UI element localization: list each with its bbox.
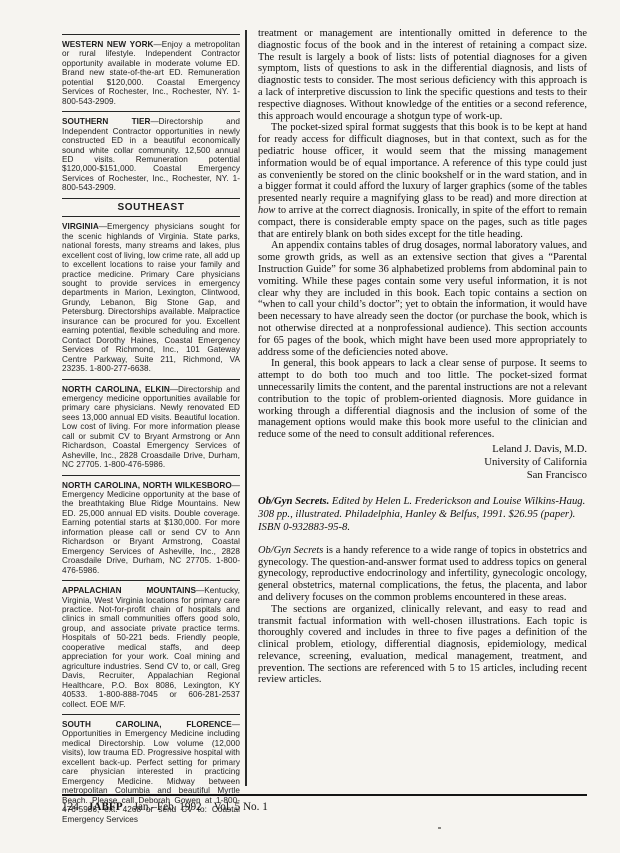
ad-header: WESTERN NEW YORK [62,40,154,49]
review-paragraph: Ob/Gyn Secrets is a handy reference to a… [258,545,587,604]
paragraph-text: to arrive at the correct diagnosis. Iron… [258,205,587,240]
review-paragraph: An appendix contains tables of drug dosa… [258,240,587,358]
ad-header: VIRGINIA [62,222,99,231]
ad-separator [62,198,240,199]
journal-abbreviation: JABFP [88,801,123,813]
page-number: 124 [62,801,79,813]
column-divider [245,30,247,786]
reviewer-name: Leland J. Davis, M.D. [258,443,587,456]
review-paragraph: In general, this book appears to lack a … [258,358,587,441]
footer-rule [62,794,587,796]
book-title: Ob/Gyn Secrets. [258,495,329,507]
page-footer: 124JABFPJan.–Feb. 1992Vol. 5 No. 1 [62,801,268,813]
classified-ad-virginia: VIRGINIA—Emergency physicians sought for… [62,221,240,374]
review-paragraph: The pocket-sized spiral format suggests … [258,122,587,240]
ad-body: —Enjoy a metropolitan or rural lifestyle… [62,40,240,106]
book-review-column: treatment or management are intentionall… [258,28,587,686]
ad-separator [62,379,240,380]
classified-ad-appalachian-mountains: APPALACHIAN MOUNTAINS—Kentucky, Virginia… [62,585,240,710]
issue-date: Jan.–Feb. 1992 [134,801,202,813]
ad-header: NORTH CAROLINA, ELKIN [62,385,170,394]
review-paragraph: treatment or management are intentionall… [258,28,587,122]
classified-ad-north-carolina-elkin: NORTH CAROLINA, ELKIN—Directorship and e… [62,384,240,471]
book-citation: Ob/Gyn Secrets. Edited by Helen L. Frede… [258,495,587,535]
ad-separator [62,580,240,581]
ad-separator [62,475,240,476]
classified-ad-southern-tier: SOUTHERN TIER—Directorship and Independe… [62,116,240,194]
classifieds-section-header: SOUTHEAST [62,203,240,212]
reviewer-city: San Francisco [258,469,587,482]
book-title-inline: Ob/Gyn Secrets [258,545,323,556]
reviewer-affiliation: University of California [258,456,587,469]
paragraph-text: The pocket-sized spiral format suggests … [258,122,587,204]
ad-separator [62,216,240,217]
review-paragraph: The sections are organized, clinically r… [258,604,587,687]
ad-header: SOUTH CAROLINA, FLORENCE [62,720,232,729]
ad-body: —Kentucky, Virginia, West Virginia locat… [62,586,240,708]
italic-word: how [258,205,275,216]
ad-header: NORTH CAROLINA, NORTH WILKESBORO [62,481,232,490]
classified-ad-north-carolina-north-wilkesboro: NORTH CAROLINA, NORTH WILKESBORO—Emergen… [62,480,240,577]
ad-header: APPALACHIAN MOUNTAINS [62,586,196,595]
journal-page: WESTERN NEW YORK—Enjoy a metropolitan or… [0,0,620,853]
volume-info: Vol. 5 No. 1 [214,801,268,813]
classified-ad-western-new-york: WESTERN NEW YORK—Enjoy a metropolitan or… [62,39,240,107]
ad-body: —Emergency physicians sought for the sce… [62,222,240,373]
ad-body: —Directorship and Independent Contractor… [62,117,240,192]
classifieds-column: WESTERN NEW YORK—Enjoy a metropolitan or… [62,34,240,825]
ad-body: —Directorship and emergency medicine opp… [62,385,240,470]
ad-body: —Emergency Medicine opportunity at the b… [62,481,240,575]
scan-artifact [438,827,441,829]
ad-separator [62,714,240,715]
ad-header: SOUTHERN TIER [62,117,150,126]
ad-separator [62,34,240,35]
reviewer-signature-block: Leland J. Davis, M.D. University of Cali… [258,443,587,483]
ad-separator [62,111,240,112]
